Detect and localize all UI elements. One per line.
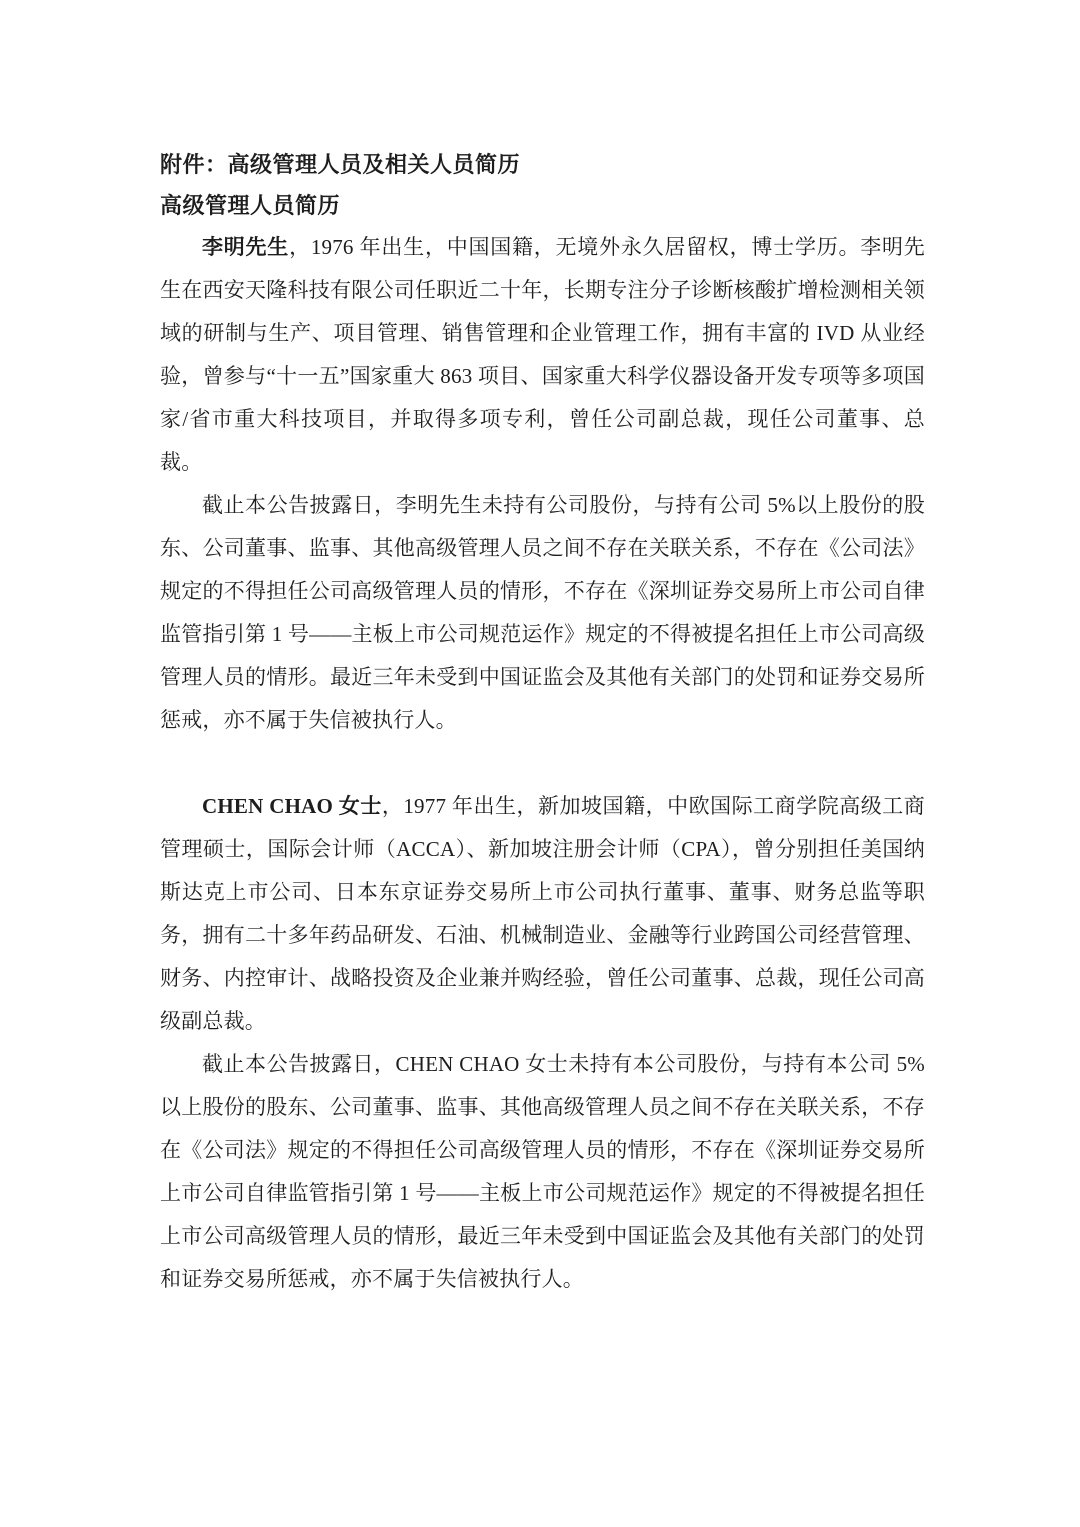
bio-text-li-ming: ，1976 年出生，中国国籍，无境外永久居留权，博士学历。李明先生在西安天隆科技… bbox=[160, 235, 925, 474]
disclosure-text-li-ming: 截止本公告披露日，李明先生未持有公司股份，与持有公司 5%以上股份的股东、公司董… bbox=[160, 493, 925, 732]
bio-text-chen-chao: ，1977 年出生，新加坡国籍，中欧国际工商学院高级工商管理硕士，国际会计师（A… bbox=[160, 794, 925, 1033]
disclosure-paragraph-li-ming: 截止本公告披露日，李明先生未持有公司股份，与持有公司 5%以上股份的股东、公司董… bbox=[160, 484, 925, 742]
disclosure-text-chen-chao: 截止本公告披露日，CHEN CHAO 女士未持有本公司股份，与持有本公司 5%以… bbox=[160, 1052, 925, 1291]
attachment-title: 附件：高级管理人员及相关人员简历 bbox=[160, 144, 925, 185]
person-name-li-ming: 李明先生 bbox=[202, 235, 289, 259]
document-page: 附件：高级管理人员及相关人员简历 高级管理人员简历 李明先生，1976 年出生，… bbox=[0, 0, 1080, 1527]
section-heading: 高级管理人员简历 bbox=[160, 185, 925, 226]
bio-paragraph-chen-chao: CHEN CHAO 女士，1977 年出生，新加坡国籍，中欧国际工商学院高级工商… bbox=[160, 785, 925, 1043]
disclosure-paragraph-chen-chao: 截止本公告披露日，CHEN CHAO 女士未持有本公司股份，与持有本公司 5%以… bbox=[160, 1043, 925, 1301]
bio-paragraph-li-ming: 李明先生，1976 年出生，中国国籍，无境外永久居留权，博士学历。李明先生在西安… bbox=[160, 226, 925, 484]
person-name-chen-chao: CHEN CHAO 女士 bbox=[202, 794, 382, 818]
